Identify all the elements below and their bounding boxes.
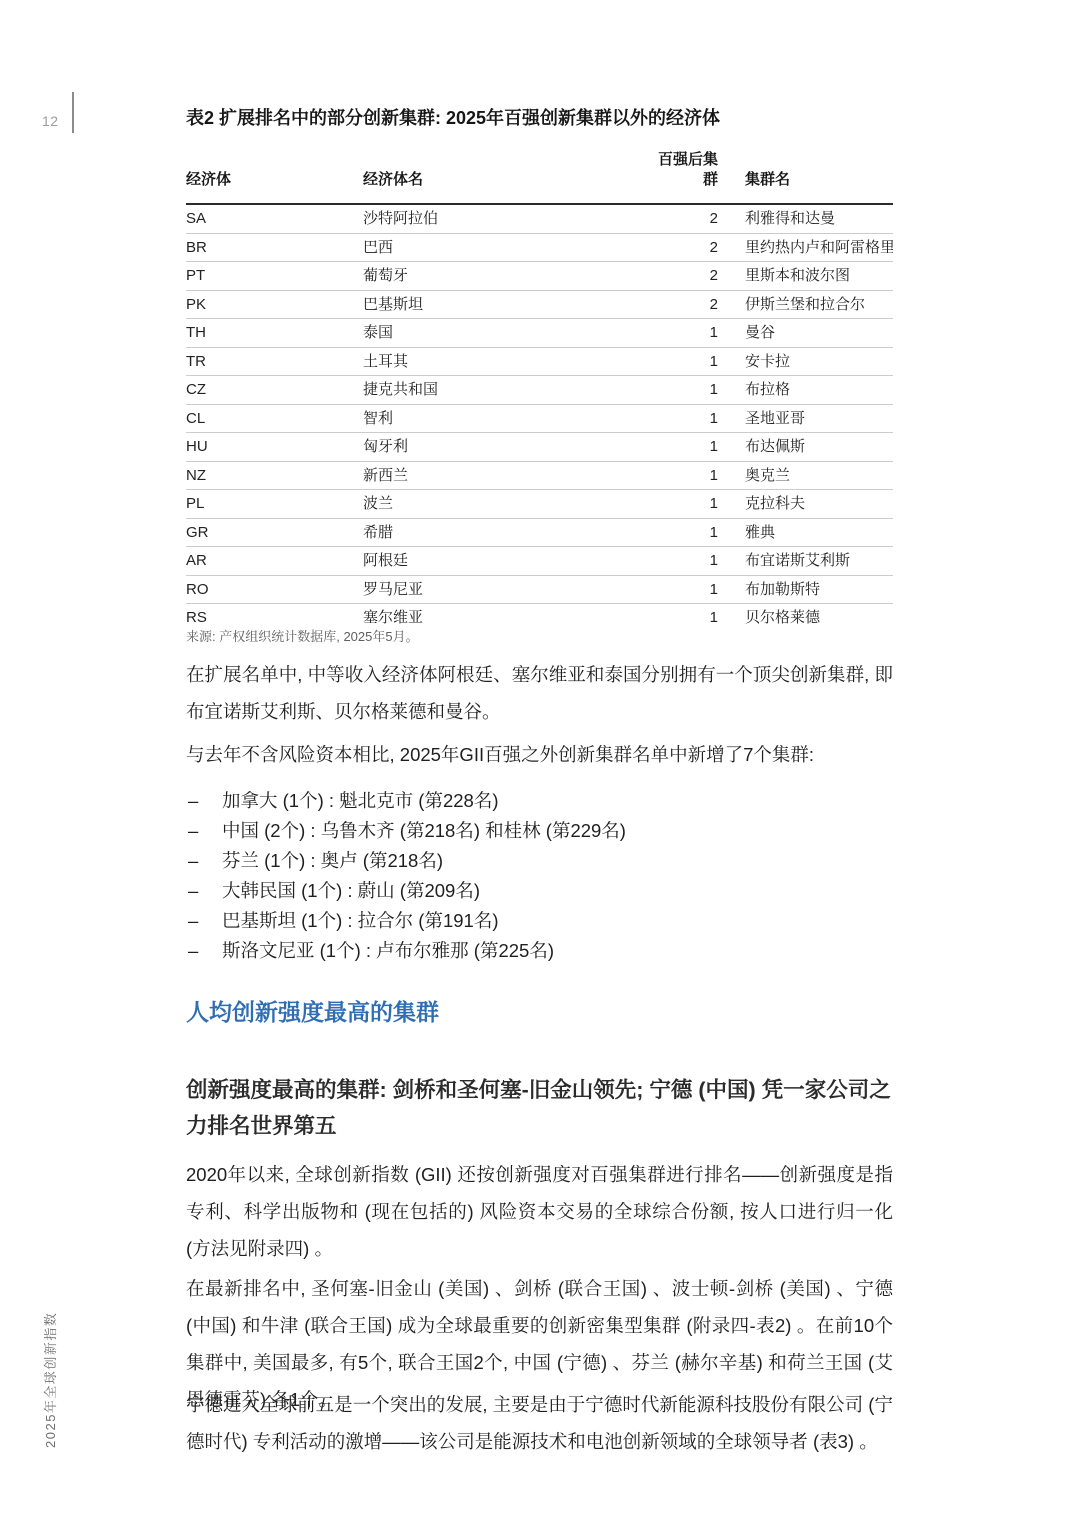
col-header-cluster-name: 集群名: [718, 150, 893, 204]
table-row: PK 巴基斯坦 2 伊斯兰堡和拉合尔: [186, 290, 893, 319]
economy-code-cell: NZ: [186, 461, 363, 490]
cluster-count-cell: 2: [648, 233, 718, 262]
document-page: 12 2025年全球创新指数 表2 扩展排名中的部分创新集群: 2025年百强创…: [0, 0, 1080, 1528]
vertical-report-title: 2025年全球创新指数: [40, 1312, 59, 1448]
cluster-count-cell: 1: [648, 404, 718, 433]
list-item-text: 加拿大 (1个) : 魁北克市 (第228名): [222, 790, 499, 811]
col-header-cluster-count: 百强后集群: [648, 150, 718, 204]
dash-bullet: –: [188, 876, 198, 906]
cluster-count-cell: 1: [648, 490, 718, 519]
new-cluster-list-item: –加拿大 (1个) : 魁北克市 (第228名): [186, 786, 893, 816]
economy-name-cell: 匈牙利: [363, 433, 648, 462]
cluster-name-cell: 布加勒斯特: [718, 575, 893, 604]
economy-name-cell: 巴西: [363, 233, 648, 262]
new-cluster-list-item: –芬兰 (1个) : 奥卢 (第218名): [186, 846, 893, 876]
economy-code-cell: PT: [186, 262, 363, 291]
economy-name-cell: 沙特阿拉伯: [363, 204, 648, 233]
cluster-name-cell: 布拉格: [718, 376, 893, 405]
table-header: 经济体 经济体名 百强后集群 集群名: [186, 150, 893, 204]
list-item-text: 巴基斯坦 (1个) : 拉合尔 (第191名): [222, 910, 499, 931]
economy-code-cell: BR: [186, 233, 363, 262]
economy-name-cell: 波兰: [363, 490, 648, 519]
economy-code-cell: AR: [186, 547, 363, 576]
economy-name-cell: 希腊: [363, 518, 648, 547]
cluster-name-cell: 布达佩斯: [718, 433, 893, 462]
cluster-count-cell: 2: [648, 204, 718, 233]
cluster-count-cell: 2: [648, 290, 718, 319]
cluster-count-cell: 1: [648, 347, 718, 376]
table-row: BR 巴西 2 里约热内卢和阿雷格里港: [186, 233, 893, 262]
cluster-name-cell: 安卡拉: [718, 347, 893, 376]
cluster-name-cell: 奥克兰: [718, 461, 893, 490]
clusters-table: 经济体 经济体名 百强后集群 集群名 SA 沙特阿拉伯 2 利雅得和达曼: [186, 150, 893, 632]
table-row: GR 希腊 1 雅典: [186, 518, 893, 547]
col-header-economy-code: 经济体: [186, 150, 363, 204]
table-row: PT 葡萄牙 2 里斯本和波尔图: [186, 262, 893, 291]
cluster-name-cell: 曼谷: [718, 319, 893, 348]
economy-name-cell: 新西兰: [363, 461, 648, 490]
new-cluster-list-item: –斯洛文尼亚 (1个) : 卢布尔雅那 (第225名): [186, 936, 893, 966]
paragraph-new-clusters-intro: 与去年不含风险资本相比, 2025年GII百强之外创新集群名单中新增了7个集群:: [186, 736, 893, 773]
table-source-note: 来源: 产权组织统计数据库, 2025年5月。: [186, 628, 893, 646]
section-subheading: 创新强度最高的集群: 剑桥和圣何塞-旧金山领先; 宁德 (中国) 凭一家公司之力…: [186, 1072, 893, 1144]
cluster-count-cell: 1: [648, 319, 718, 348]
economy-name-cell: 罗马尼亚: [363, 575, 648, 604]
economy-code-cell: RO: [186, 575, 363, 604]
economy-name-cell: 土耳其: [363, 347, 648, 376]
cluster-name-cell: 伊斯兰堡和拉合尔: [718, 290, 893, 319]
col-header-economy-name: 经济体名: [363, 150, 648, 204]
table-body: SA 沙特阿拉伯 2 利雅得和达曼 BR 巴西 2 里约热内卢和阿雷格里港 PT: [186, 204, 893, 632]
cluster-count-cell: 1: [648, 518, 718, 547]
paragraph-expanded-list: 在扩展名单中, 中等收入经济体阿根廷、塞尔维亚和泰国分别拥有一个顶尖创新集群, …: [186, 656, 893, 730]
cluster-count-cell: 1: [648, 547, 718, 576]
economy-code-cell: PL: [186, 490, 363, 519]
table-row: CZ 捷克共和国 1 布拉格: [186, 376, 893, 405]
new-cluster-list-item: –中国 (2个) : 乌鲁木齐 (第218名) 和桂林 (第229名): [186, 816, 893, 846]
cluster-count-cell: 1: [648, 461, 718, 490]
economy-name-cell: 巴基斯坦: [363, 290, 648, 319]
economy-code-cell: TR: [186, 347, 363, 376]
cluster-name-cell: 雅典: [718, 518, 893, 547]
economy-code-cell: HU: [186, 433, 363, 462]
economy-code-cell: PK: [186, 290, 363, 319]
dash-bullet: –: [188, 786, 198, 816]
cluster-name-cell: 克拉科夫: [718, 490, 893, 519]
new-cluster-list-item: –巴基斯坦 (1个) : 拉合尔 (第191名): [186, 906, 893, 936]
table-row: RO 罗马尼亚 1 布加勒斯特: [186, 575, 893, 604]
table-row: TH 泰国 1 曼谷: [186, 319, 893, 348]
economy-name-cell: 泰国: [363, 319, 648, 348]
table-row: AR 阿根廷 1 布宜诺斯艾利斯: [186, 547, 893, 576]
economy-code-cell: GR: [186, 518, 363, 547]
table-row: SA 沙特阿拉伯 2 利雅得和达曼: [186, 204, 893, 233]
list-item-text: 斯洛文尼亚 (1个) : 卢布尔雅那 (第225名): [222, 940, 554, 961]
economy-name-cell: 葡萄牙: [363, 262, 648, 291]
economy-code-cell: TH: [186, 319, 363, 348]
dash-bullet: –: [188, 936, 198, 966]
page-number-divider: [72, 92, 74, 133]
dash-bullet: –: [188, 846, 198, 876]
table-row: TR 土耳其 1 安卡拉: [186, 347, 893, 376]
economy-code-cell: SA: [186, 204, 363, 233]
table-title: 表2 扩展排名中的部分创新集群: 2025年百强创新集群以外的经济体: [186, 106, 893, 130]
cluster-count-cell: 1: [648, 433, 718, 462]
cluster-name-cell: 布宜诺斯艾利斯: [718, 547, 893, 576]
table-header-row: 经济体 经济体名 百强后集群 集群名: [186, 150, 893, 204]
list-item-text: 大韩民国 (1个) : 蔚山 (第209名): [222, 880, 480, 901]
table-row: NZ 新西兰 1 奥克兰: [186, 461, 893, 490]
economy-name-cell: 捷克共和国: [363, 376, 648, 405]
table-row: HU 匈牙利 1 布达佩斯: [186, 433, 893, 462]
economy-code-cell: CL: [186, 404, 363, 433]
paragraph-ningde-development: 宁德进入全球前五是一个突出的发展, 主要是由于宁德时代新能源科技股份有限公司 (…: [186, 1386, 893, 1460]
new-clusters-list: –加拿大 (1个) : 魁北克市 (第228名) –中国 (2个) : 乌鲁木齐…: [186, 786, 893, 966]
list-item-text: 中国 (2个) : 乌鲁木齐 (第218名) 和桂林 (第229名): [222, 820, 626, 841]
list-item-text: 芬兰 (1个) : 奥卢 (第218名): [222, 850, 443, 871]
dash-bullet: –: [188, 816, 198, 846]
cluster-name-cell: 利雅得和达曼: [718, 204, 893, 233]
economy-name-cell: 智利: [363, 404, 648, 433]
page-number: 12: [42, 113, 59, 129]
cluster-count-cell: 2: [648, 262, 718, 291]
table-row: PL 波兰 1 克拉科夫: [186, 490, 893, 519]
cluster-count-cell: 1: [648, 376, 718, 405]
cluster-name-cell: 里约热内卢和阿雷格里港: [718, 233, 893, 262]
economy-name-cell: 阿根廷: [363, 547, 648, 576]
cluster-count-cell: 1: [648, 575, 718, 604]
table-row: CL 智利 1 圣地亚哥: [186, 404, 893, 433]
cluster-name-cell: 圣地亚哥: [718, 404, 893, 433]
new-cluster-list-item: –大韩民国 (1个) : 蔚山 (第209名): [186, 876, 893, 906]
cluster-name-cell: 里斯本和波尔图: [718, 262, 893, 291]
paragraph-intensity-methodology: 2020年以来, 全球创新指数 (GII) 还按创新强度对百强集群进行排名——创…: [186, 1156, 893, 1267]
section-heading: 人均创新强度最高的集群: [186, 996, 893, 1028]
dash-bullet: –: [188, 906, 198, 936]
economy-code-cell: CZ: [186, 376, 363, 405]
